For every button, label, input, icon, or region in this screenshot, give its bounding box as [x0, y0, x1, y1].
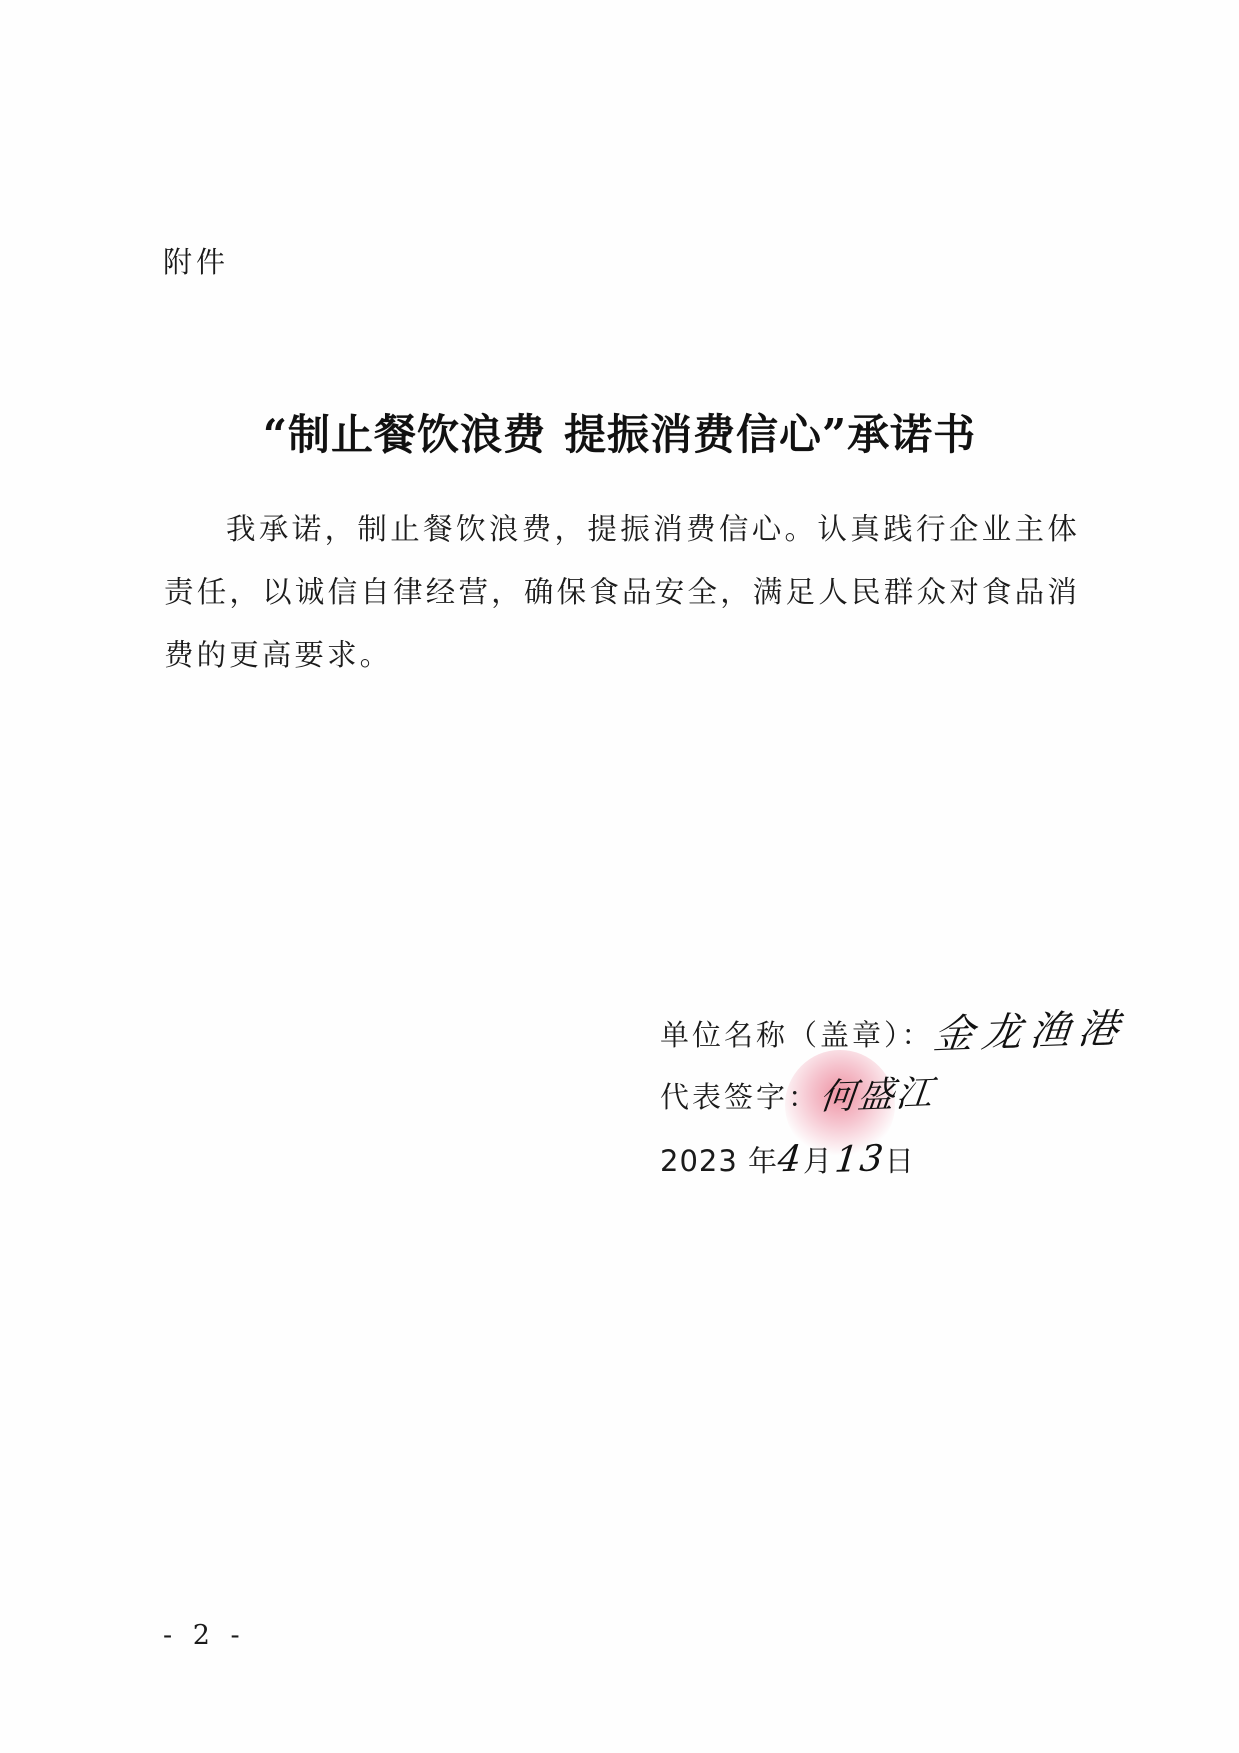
date-day-label: 日: [885, 1144, 917, 1178]
date-day-handwritten: 13: [831, 1127, 888, 1193]
representative-signature: 何盛江: [816, 1062, 937, 1130]
representative-label: 代表签字：: [660, 1080, 820, 1114]
attachment-label: 附件: [163, 240, 229, 281]
page-number: - 2 -: [163, 1620, 246, 1651]
document-title: “制止餐饮浪费提振消费信心”承诺书: [0, 402, 1239, 462]
date-month-handwritten: 4: [775, 1128, 807, 1193]
title-part-1: “制止餐饮浪费: [263, 410, 546, 459]
signature-block: 单位名称（盖章）：金龙渔港 代表签字：何盛江 2023 年4月13日: [660, 1000, 1126, 1192]
document-page: 附件 “制止餐饮浪费提振消费信心”承诺书 我承诺，制止餐饮浪费，提振消费信心。认…: [0, 0, 1239, 1753]
commitment-paragraph: 我承诺，制止餐饮浪费，提振消费信心。认真践行企业主体责任，以诚信自律经营，确保食…: [164, 498, 1080, 687]
title-part-2: 提振消费信心”承诺书: [564, 410, 976, 459]
representative-row: 代表签字：何盛江: [660, 1064, 1126, 1128]
unit-name-row: 单位名称（盖章）：金龙渔港: [660, 1000, 1126, 1064]
date-year: 2023 年: [660, 1144, 778, 1178]
unit-name-handwritten: 金龙渔港: [930, 997, 1130, 1068]
date-month-label: 月: [803, 1144, 835, 1178]
unit-name-label: 单位名称（盖章）：: [660, 1018, 934, 1052]
date-row: 2023 年4月13日: [660, 1128, 1126, 1192]
